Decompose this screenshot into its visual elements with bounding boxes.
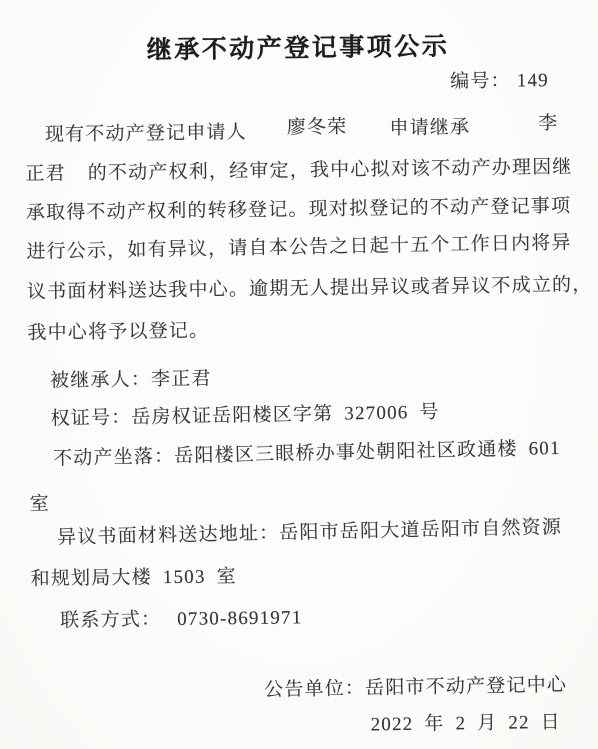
- paragraph-line-2: 正君的不动产权利，经审定，我中心拟对该不动产办理因继: [25, 152, 573, 186]
- paragraph-line-2-text: 的不动产权利，经审定，我中心拟对该不动产办理因继: [88, 152, 573, 185]
- date-line: 2022 年 2 月 22 日: [370, 707, 561, 736]
- objection-address-line-2: 和规划局大楼 1503 室: [30, 561, 236, 591]
- paragraph-line-1: 现有不动产登记申请人廖冬荣申请继承李: [45, 113, 559, 147]
- inherit-claim-text: 申请继承: [389, 112, 470, 140]
- doc-number-line: 编号：149: [450, 65, 549, 93]
- paragraph-line-6: 我中心将予以登记。: [27, 316, 209, 345]
- paragraph-line-4: 进行公示，如有异议，请自本公告之日起十五个工作日内将异: [26, 227, 572, 264]
- property-location-line-2: 室: [29, 489, 50, 516]
- objection-address-line-1: 异议书面材料送达地址：岳阳市岳阳大道岳阳市自然资源: [57, 512, 562, 550]
- contact-line: 联系方式：0730-8691971: [60, 602, 303, 632]
- issuer-line: 公告单位：岳阳市不动产登记中心: [264, 670, 567, 702]
- contact-label: 联系方式：: [60, 604, 161, 632]
- decedent-line: 被继承人：李正君: [50, 363, 212, 392]
- decedent-name-part2: 正君: [25, 158, 66, 186]
- decedent-name-part1: 李: [538, 108, 559, 135]
- contact-phone-number: 0730-8691971: [177, 607, 303, 631]
- applicant-name: 廖冬荣: [287, 112, 348, 140]
- doc-number-value: 149: [517, 70, 549, 92]
- property-location-line-1: 不动产坐落：岳阳楼区三眼桥办事处朝阳社区政通楼 601: [53, 433, 561, 471]
- notice-title: 继承不动产登记事项公示: [147, 26, 450, 66]
- paragraph-line-3: 承取得不动产权利的转移登记。现对拟登记的不动产登记事项: [26, 191, 572, 225]
- certificate-number-line: 权证号：岳房权证岳阳楼区字第 327006 号: [50, 397, 440, 431]
- applicant-lead-text: 现有不动产登记申请人: [45, 117, 247, 147]
- paragraph-line-5: 议书面材料送达我中心。逾期无人提出异议或者异议不成立的，: [27, 270, 593, 304]
- scanned-notice-page: 继承不动产登记事项公示 编号：149 现有不动产登记申请人廖冬荣申请继承李 正君…: [0, 0, 598, 749]
- notice-content: 继承不动产登记事项公示 编号：149 现有不动产登记申请人廖冬荣申请继承李 正君…: [0, 0, 598, 749]
- doc-number-label: 编号：: [450, 66, 511, 94]
